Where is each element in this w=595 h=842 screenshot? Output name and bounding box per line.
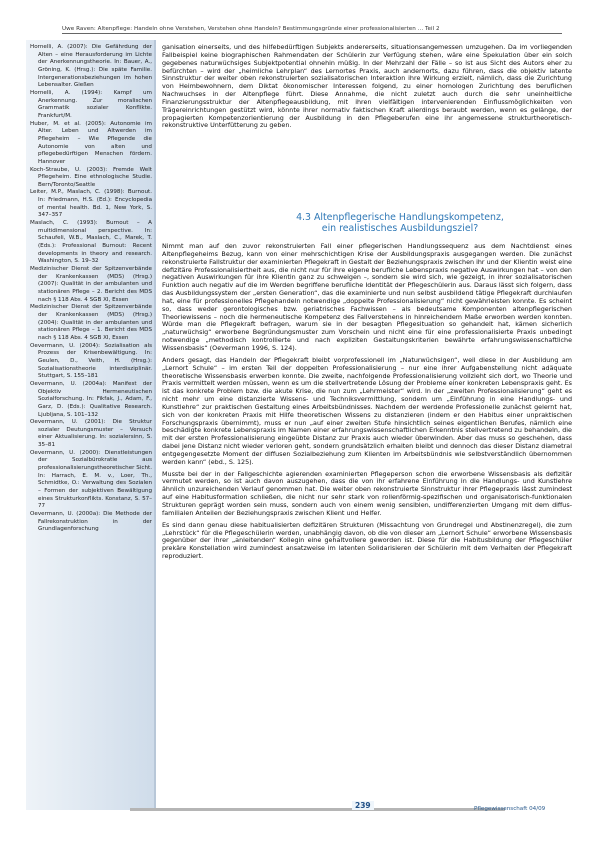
footer-rule [130,808,505,811]
section-heading-line2: ein realistisches Ausbildungsziel? [240,224,560,235]
main-text-section: Nimmt man auf den zuvor rekonstruierten … [162,243,572,565]
reference-item: Medizinischer Dienst der Spitzenverbände… [30,266,152,304]
main-text-intro: ganisation einerseits, und des hilfebedü… [162,44,572,134]
section-heading: 4.3 Altenpflegerische Handlungskompetenz… [240,213,560,234]
body-paragraph: ganisation einerseits, und des hilfebedü… [162,44,572,130]
section-heading-line1: 4.3 Altenpflegerische Handlungskompetenz… [240,213,560,224]
reference-item: Maslach, C. (1993): Burnout – A multidim… [30,220,152,266]
reference-item: Medizinischer Dienst der Spitzenverbände… [30,304,152,342]
reference-item: Oevermann, U. (2000): Dienstleistungen d… [30,450,152,511]
body-paragraph: Musste bei der in der Fallgeschichte agi… [162,471,572,518]
body-paragraph: Es sind dann genau diese habitualisierte… [162,522,572,561]
reference-item: Hornelli, A. (1994): Kampf um Anerkennun… [30,90,152,121]
body-paragraph: Anders gesagt, das Handeln der Pflegekra… [162,357,572,467]
reference-item: Oevermann, U. (2001): Die Struktur sozia… [30,419,152,450]
reference-item: Hornelli, A. (2007): Die Gefährdung der … [30,44,152,90]
reference-item: Koch-Straube, U. (2003): Fremde Welt Pfl… [30,167,152,190]
page-number: 239 [352,801,374,810]
reference-item: Oevermann, U. (2004a): Manifest der Obje… [30,381,152,419]
references-list: Hornelli, A. (2007): Die Gefährdung der … [30,44,152,534]
reference-item: Leiter, M.P., Maslach, C. (1998): Burnou… [30,189,152,220]
body-paragraph: Nimmt man auf den zuvor rekonstruierten … [162,243,572,353]
reference-item: Oevermann, U. (2000a): Die Methode der F… [30,511,152,534]
reference-item: Huber, M. et al. (2005): Autonomie im Al… [30,121,152,167]
journal-name: Pflegewissenschaft 04/09 [474,806,545,812]
running-head: Uwe Raven: Altenpflege: Handeln ohne Ver… [62,26,562,34]
reference-item: Oevermann, U. (2004): Sozialisation als … [30,343,152,381]
